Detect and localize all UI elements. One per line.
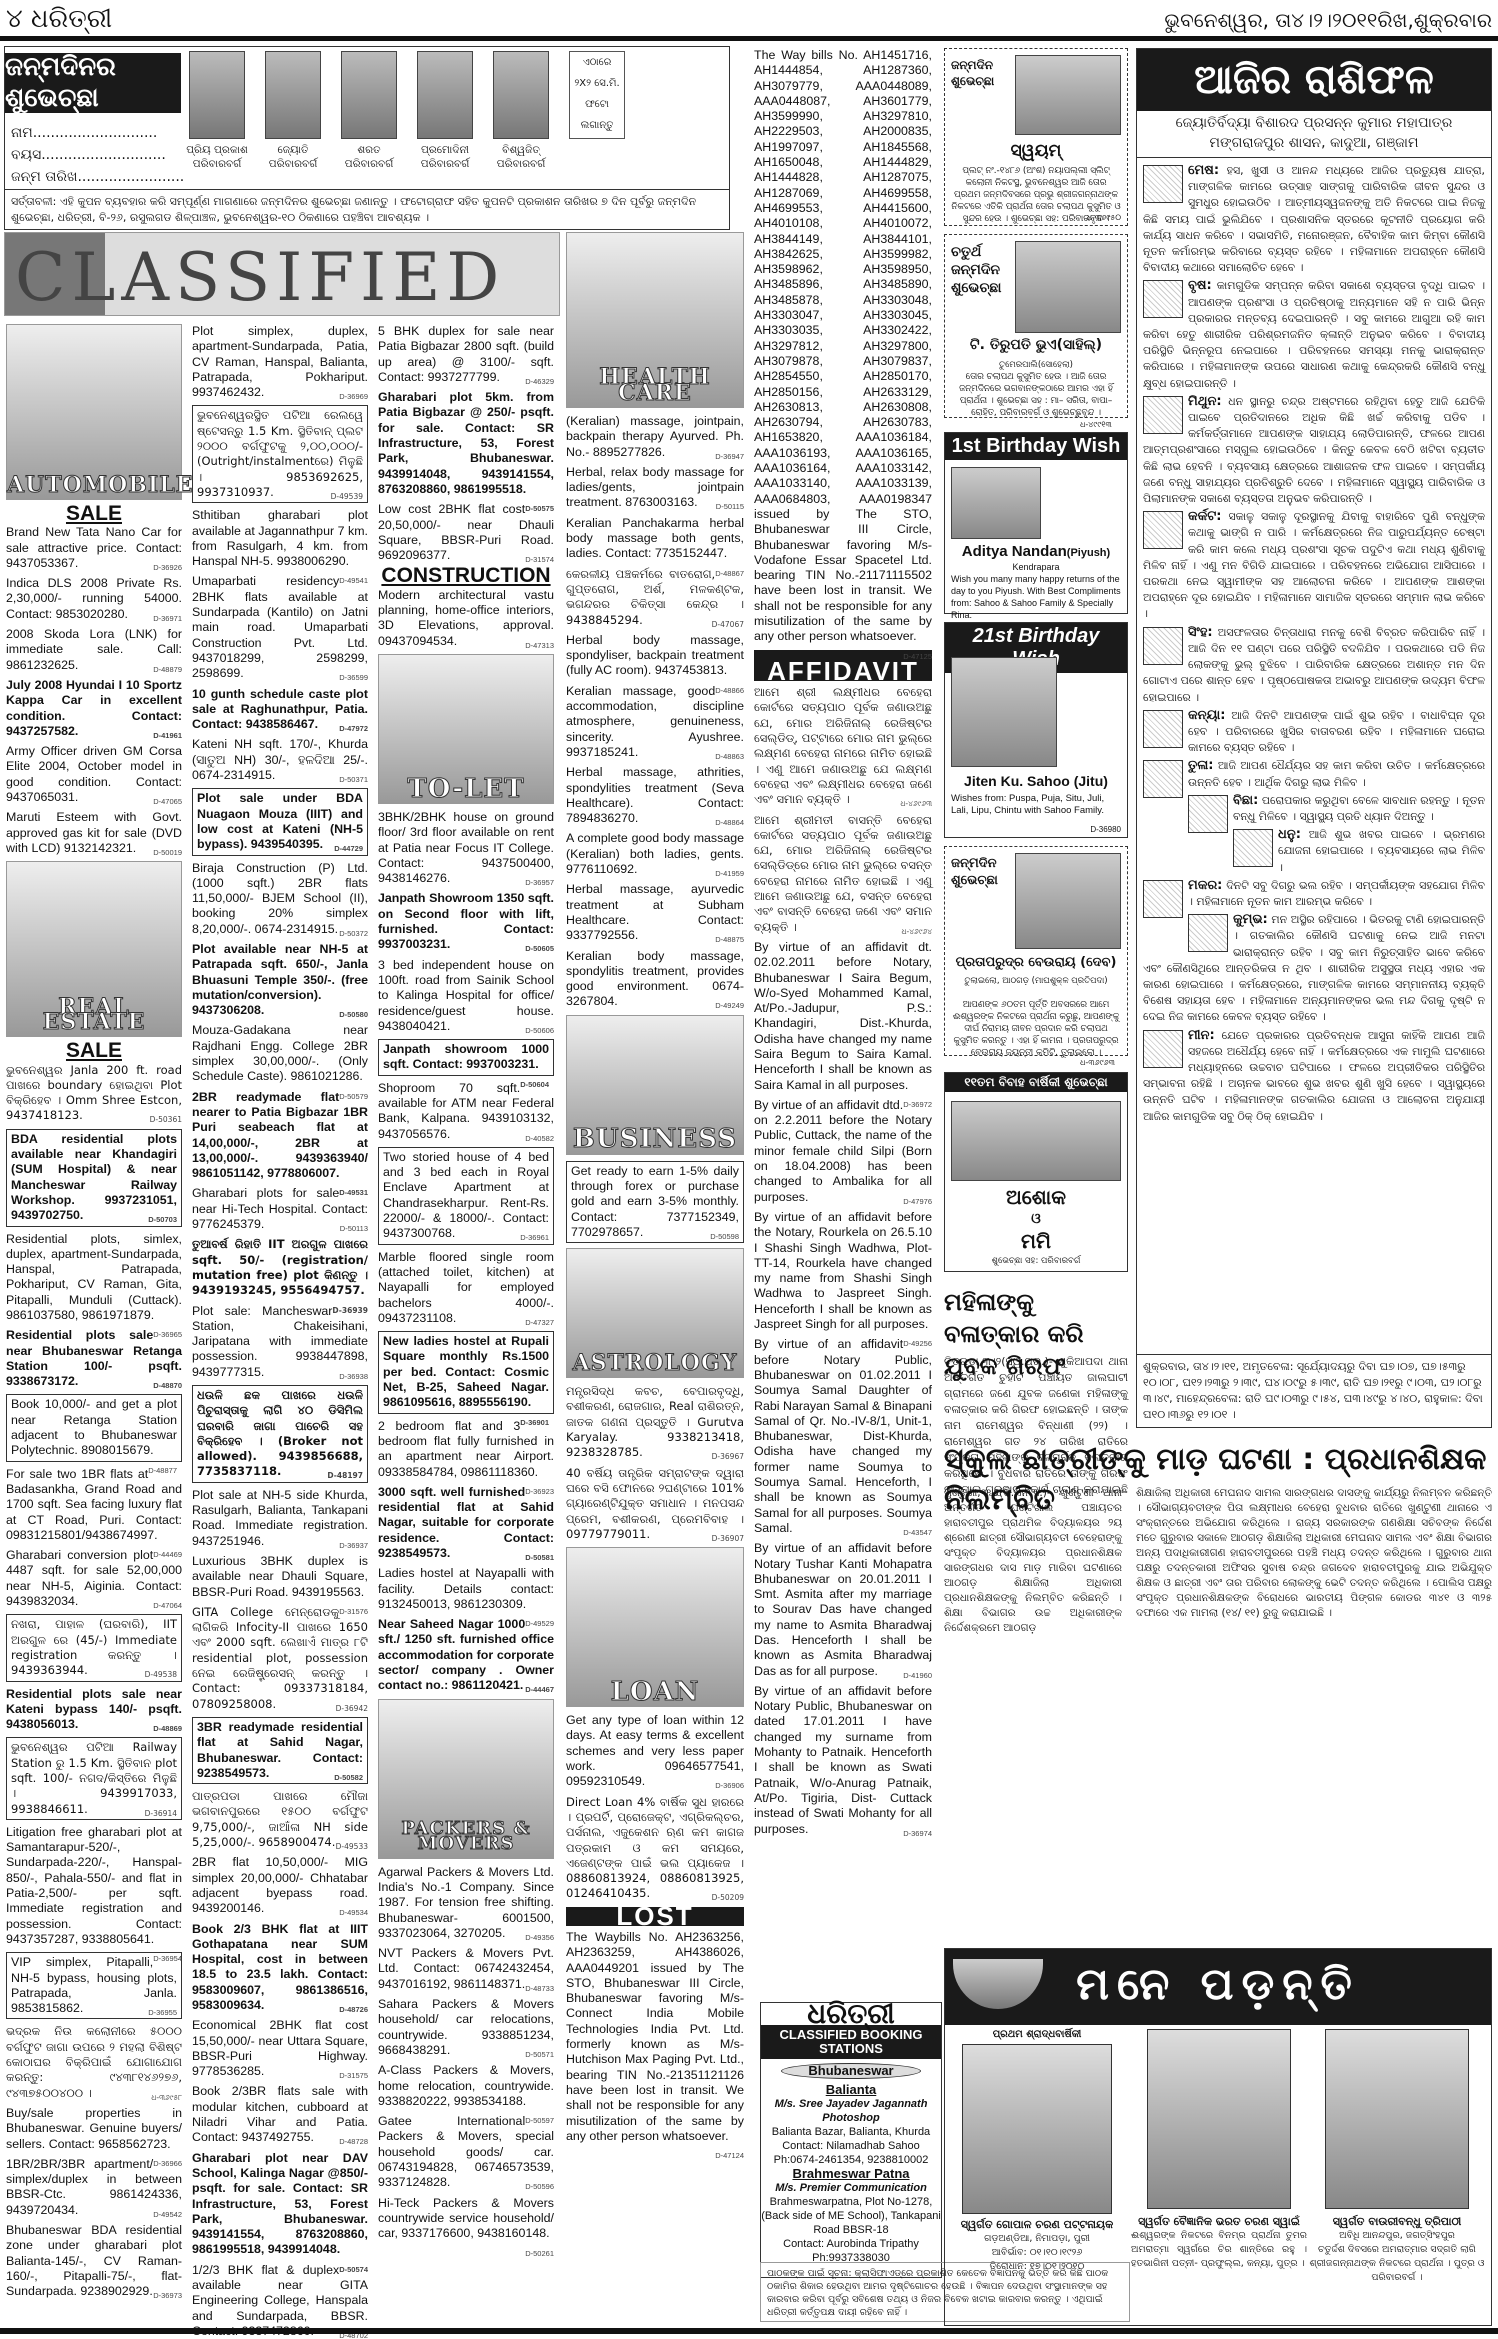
wish-photo: [265, 51, 321, 139]
coupon-title: ଜନ୍ମଦିନର ଶୁଭେଚ୍ଛା: [5, 53, 181, 113]
astrology-image: ASTROLOGY: [566, 1248, 744, 1378]
classified-ad: The Waybills No. AH2363256, AH2363259, A…: [566, 1930, 744, 2144]
zodiac-icon: [1143, 627, 1183, 665]
obituary-panel: ମନେ ପଡ଼ନ୍ତି ପ୍ରଥମ ଶ୍ରାଦ୍ଧବାର୍ଷିକୀ ସ୍ୱର୍ଗ…: [944, 1948, 1492, 2326]
classified-ad: Herbal body massage, spondyliser, backpa…: [566, 633, 744, 679]
photo-caption: ବିଶ୍ୱଜିତ୍ପରିବାରବର୍ଗ: [486, 143, 556, 171]
zodiac-icon: [1143, 880, 1183, 918]
booking-station: Balianta M/s. Sree Jayadev Jagannath Pho…: [761, 2083, 941, 2167]
classified-ad: ଆମେ ଶ୍ରୀ ଲକ୍ଷ୍ମୀଧର ବେହେରା କୋର୍ଟରେ ସତ୍ୟପା…: [754, 685, 932, 807]
ad-code: ଧ-୪୯୯୧୩: [1080, 420, 1112, 430]
classified-ad: Kateni NH sqft. 170/-, Khurda (ସାତୁଅ NH)…: [192, 737, 368, 783]
classified-ad: A-Class Packers & Movers, home relocatio…: [378, 2063, 554, 2109]
horoscope-sign: ମୀନ: ଯେତେ ପ୍ରକାରର ପ୍ରତିବନ୍ଧକ ଆସୁନା କାହିଁ…: [1143, 1028, 1485, 1125]
zodiac-icon: [1188, 914, 1228, 952]
classified-ad: ଆମେ ଶ୍ରୀମତୀ ବାସନ୍ତି ବେହେରା କୋର୍ଟରେ ସତ୍ୟପ…: [754, 813, 932, 935]
zodiac-icon: [1233, 829, 1273, 867]
photo-caption: ପ୍ରମୋଦିନୀପରିବାରବର୍ଗ: [410, 143, 480, 171]
zodiac-icon: [1188, 795, 1228, 833]
first-birthday-wish: 1st Birthday Wish Aditya Nandan(Piyush) …: [944, 432, 1128, 614]
classified-ad: Book 10,000/- and get a plot near Retang…: [6, 1394, 182, 1461]
classified-ad: By virtue of an affidavit dt. 02.02.2011…: [754, 940, 932, 1093]
classified-ad: Book 2/3 BHK flat at IIIT Gothapatana ne…: [192, 1922, 368, 2014]
obituary-title: ମନେ ପଡ଼ନ୍ତି: [945, 1949, 1491, 2025]
dharitri-logo: ଧରିତ୍ରୀ: [761, 2003, 941, 2025]
horoscope-sign: ବୃଷ: କାମଗୁଡିକ ସମ୍ପନ୍ନ କରିବା ସକାଶେ ବ୍ୟସ୍ତ…: [1143, 278, 1485, 391]
classified-banner: CLASSIFIED: [4, 232, 560, 316]
wish-photo: [341, 51, 397, 139]
diya-lamp-icon: [953, 1959, 1043, 2009]
horoscope-sign: ଧନୁ: ଆଜି ଶୁଭ ଖବର ପାଇବେ । ଭ୍ରମଣର ଯୋଜନା ହୋ…: [1143, 827, 1485, 876]
classified-ad: A complete good body massage (Keralian) …: [566, 831, 744, 877]
column-realestate-continued: Plot simplex, duplex, apartment-Sundarpa…: [192, 324, 368, 2339]
photo-caption: ଜ୍ୟୋତିପରିବାରବର୍ଗ: [258, 143, 328, 171]
classified-ad: By virtue of an affidavit before Notary …: [754, 1541, 932, 1679]
baby-photo: [1015, 55, 1121, 135]
classified-ad: By virtue of an affidavit before Notary …: [754, 1684, 932, 1837]
classified-ad: 3BHK/2BHK house on ground floor/ 3rd flo…: [378, 810, 554, 886]
coupon-name-field: ନାମ............................: [11, 125, 157, 141]
classified-ad: By virtue of an affidavit dtd. on 2.2.20…: [754, 1098, 932, 1205]
classified-ad: Economical 2BHK flat cost 15,50,000/- ne…: [192, 2018, 368, 2079]
classified-ad: Gharabari plot near DAV School, Kalinga …: [192, 2151, 368, 2258]
obituary-person: ସ୍ୱର୍ଗତ ବାଉରୀବନ୍ଧୁ ତ୍ରିପାଠୀ ଅବିଧି ଆନନ୍ଦପ…: [1309, 2029, 1485, 2285]
horoscope-sign: ମିଥୁନ: ଧନ ସ୍ଥାନରୁ ଚନ୍ଦ୍ର ଅଷ୍ଟମରେ ରହିଥିବା…: [1143, 394, 1485, 507]
baby-photo: [951, 467, 1041, 539]
classified-ad: Plot simplex, duplex, apartment-Sundarpa…: [192, 324, 368, 400]
classified-ad: Luxurious 3BHK duplex is available near …: [192, 1554, 368, 1600]
dateline: ଭୁବନେଶ୍ୱର, ତା୪।୨।୨୦୧୧ରିଖ,ଶୁକ୍ରବାର: [1164, 8, 1492, 32]
coupon-dob-field: ଜନ୍ମ ତାରିଖ........................: [11, 169, 184, 185]
classified-ad: Janpath Showroom 1350 sqft. on Second fl…: [378, 891, 554, 952]
classified-ad: ଭୁବନେଶ୍ୱରସ୍ଥିତ ପଟିଆ ରେଲୱେ ଷ୍ଟେସନ୍‌ରୁ 1.5…: [192, 405, 368, 503]
top-rule: [0, 36, 1498, 41]
column-waybills-affidavit: The Way bills No. AH1451716, AH1444854, …: [754, 48, 932, 1842]
horoscope-sign: ସିଂହ: ଅସଫଳତାର ଚିନ୍ତାଧାରା ମନକୁ ବେଶି ବିବ୍ର…: [1143, 625, 1485, 706]
packers-movers-image: PACKERS & MOVERS: [378, 1699, 554, 1859]
section-head-sale: SALE: [6, 506, 182, 521]
horoscope-sign: ମକର: ଦିନଟି ସବୁ ଦିଗରୁ ଭଲ ରହିବ । ସମ୍ପର୍କୀୟ…: [1143, 878, 1485, 910]
wish-photo: [189, 51, 245, 139]
wedding-anniversary-wish: ୧୧ତମ ବିବାହ ବାର୍ଷିକୀ ଶୁଭେଚ୍ଛା ଅଶୋକ ଓ ମମି …: [944, 1072, 1128, 1272]
classified-ad: Book 2/3BR flats sale with modular kitch…: [192, 2084, 368, 2145]
classified-ad: Keralian Panchakarma herbal body massage…: [566, 516, 744, 562]
classified-ad: Keralian body massage, spondylitis treat…: [566, 949, 744, 1010]
classified-ad: ଭୁବନେଶ୍ୱର ପଟିଆ Railway Station ରୁ 1.5 Km…: [6, 1737, 182, 1819]
classified-ad: By virtue of an affidavit before Notary …: [754, 1337, 932, 1536]
zodiac-icon: [1143, 511, 1183, 549]
zodiac-icon: [1143, 710, 1183, 748]
section-head-lost: LOST: [566, 1907, 744, 1926]
classified-ad: Two storied house of 4 bed and 3 bed eac…: [378, 1147, 554, 1245]
classified-ad: ତୁଆବର୍ଷ ରିହାତି IIT ଅରଗୁଳ ପାଖରେ sqft. 50/…: [192, 1237, 368, 1298]
classified-ad: New ladies hostel at Rupali Square month…: [378, 1331, 554, 1413]
person-photo: [1015, 853, 1121, 949]
classified-ad: ପାତ୍ରପଡା ପାଖରେ ମୌଜା ଭଗବାନପୁରରେ ୧୫୦୦ ବର୍ଗ…: [192, 1789, 368, 1850]
booking-city: Bhubaneswar: [781, 2063, 921, 2079]
automobile-image: AUTOMOBILE: [6, 324, 182, 500]
horoscope-sign: ମେଷ: ହସ, ଖୁସୀ ଓ ଆନନ୍ଦ ମଧ୍ୟରେ ଆଜିର ପ୍ରତ୍ୟ…: [1143, 163, 1485, 276]
page-number-and-paper-name: ୪ ଧରିତ୍ରୀ: [6, 4, 112, 35]
classified-ad: Residential plots sale near Kateni bypas…: [6, 1687, 182, 1733]
classified-ad: Herbal, relax body massage for ladies/ge…: [566, 465, 744, 511]
classified-ad: Umaparbati residency 2BHK flats availabl…: [192, 574, 368, 681]
classified-ad: ମନ୍ତ୍ରସିଦ୍ଧ କବଚ, ବେପାରବୃଦ୍ଧି, ବଶୀକରଣ, ରୋ…: [566, 1384, 744, 1460]
classified-ad: 2BR flat 10,50,000/- MIG simplex 20,00,0…: [192, 1855, 368, 1916]
horoscope-sign: କନ୍ୟା: ଆଜି ଦିନଟି ଆପଣଙ୍କ ପାଇଁ ଶୁଭ ରହିବ । …: [1143, 708, 1485, 757]
obituary-person: ପ୍ରଥମ ଶ୍ରାଦ୍ଧବାର୍ଷିକୀ ସ୍ୱର୍ଗତ ଗୋପାଳ ଚରଣ …: [949, 2029, 1125, 2274]
classified-ad: 5 BHK duplex for sale near Patia Bigbaza…: [378, 324, 554, 385]
classified-ad: ନଖରା, ପାହାଳ (ଘରବାରି), IIT ଅରଗୁଳ ରେ (45/-…: [6, 1614, 182, 1681]
booking-station: Brahmeswar Patna M/s. Premier Communicat…: [761, 2167, 941, 2265]
classified-ad: 3 bed independent house on 100ft. road f…: [378, 958, 554, 1034]
classified-ad: Buy/sale properties in Bhubaneswar. Genu…: [6, 2106, 182, 2152]
classified-ad: The Way bills No. AH1451716, AH1444854, …: [754, 48, 932, 645]
classified-booking-stations: ଧରିତ୍ରୀ CLASSIFIED BOOKING STATIONS Bhub…: [760, 2002, 942, 2278]
coupon-terms: ସର୍ତ୍ତାବଳୀ: ଏହି କୁପନ ବ୍ୟବହାର କରି ସମ୍ପୂର୍…: [5, 189, 729, 230]
classified-ad: BDA residential plots available near Kha…: [6, 1129, 182, 1227]
classified-ad: Plot available near NH-5 at Patrapada sq…: [192, 942, 368, 1018]
loan-image: LOAN: [566, 1547, 744, 1707]
classified-ad: Sthitiban gharabari plot available at Ja…: [192, 508, 368, 569]
classified-ad: ଭୁବନେଶ୍ୱର Janla 200 ft. road ପାଖରେ bound…: [6, 1063, 182, 1124]
panjika: ଶୁକ୍ରବାର, ତା୪।୨।୧୧, ଅମୃତବେଳା: ସୂର୍ଯ୍ୟୋଦୟ…: [1137, 1354, 1491, 1427]
horoscope-panel: ଆଜିର ରାଶିଫଳ ଜ୍ୟୋତିର୍ବିଦ୍ୟା ବିଶାରଦ ପ୍ରସନ୍…: [1136, 48, 1492, 1428]
column-automobile-realestate: AUTOMOBILE SALE Brand New Tata Nano Car …: [6, 324, 182, 2305]
classified-ad: Residential plots, simlex, duplex, apart…: [6, 1232, 182, 1324]
real-estate-image: REAL ESTATE: [6, 861, 182, 1037]
classified-ad: Modern architectural vastu planning, hom…: [378, 588, 554, 649]
photo-caption: ପ୍ରିୟ ପ୍ରକାଶପରିବାରବର୍ଗ: [182, 143, 252, 171]
person-photo: [1325, 2029, 1469, 2209]
photo-slot: ଏଠାରେ୨X୨ ସେ.ମି.ଫଟୋଲଗାନ୍ତୁ: [569, 51, 625, 139]
classified-ad: Army Officer driven GM Corsa Elite 2004,…: [6, 744, 182, 805]
horoscope-title: ଆଜିର ରାଶିଫଳ: [1137, 49, 1491, 111]
classified-ad: GITA College ମେନ୍‌ରୋଡକୁ ଲାଗିକରି Infocity…: [192, 1605, 368, 1712]
wish-photo: [417, 51, 473, 139]
classified-ad: ଭଦ୍ରକ ନିଉ କଲୋନୀରେ ୫୦୦୦ ବର୍ଗଫୁଟ ଜାଗା ଉପରେ…: [6, 2024, 182, 2100]
classified-ad: Gharabari plot 5km. from Patia Bigbazar …: [378, 390, 554, 497]
horoscope-sign: ବିଛା: ପରୋପକାର କରୁଥିବା ବେଳେ ସାବଧାନ ରହନ୍ତୁ…: [1143, 793, 1485, 825]
classified-ad: Brand New Tata Nano Car for sale attract…: [6, 525, 182, 571]
zodiac-icon: [1143, 280, 1183, 318]
classified-ad: ଧଉଳି ଛକ ପାଖରେ ଧଉଳି ପିଚୁରାସ୍ତାକୁ ଲାଗି ୪୦ …: [192, 1385, 368, 1483]
classified-ad: Sahara Packers & Movers household/ car r…: [378, 1997, 554, 2058]
classified-ad: Litigation free gharabari plot at Samant…: [6, 1825, 182, 1947]
bottom-rule: [0, 2328, 1498, 2334]
zodiac-icon: [1143, 760, 1183, 798]
health-care-image: HEALTH CARE: [566, 232, 744, 408]
column-health-business-astro-loan: HEALTH CARE (Keralian) massage, jointpai…: [566, 232, 744, 2163]
zodiac-icon: [1143, 1030, 1183, 1068]
classified-ad: Plot sale at NH-5 side Khurda, Rasulgarh…: [192, 1488, 368, 1549]
classified-ad: Mouza-Gadakana near Rajdhani Engg. Colle…: [192, 1023, 368, 1084]
news-body-left: ଖୁଣ୍ଟୁଣୀ,୩।୨(ଡି.ଏନ.ଏ.)- ଖୁଣ୍ଟୁଣୀ ଥାନା ଅନ…: [944, 1486, 1122, 1636]
wish-photo: [493, 51, 549, 139]
zodiac-icon: [1143, 396, 1183, 434]
horoscope-sign: ତୁଳା: ଆଜି ଆପଣ ଧୈର୍ଯ୍ୟର ସହ କାମ କରିବା ଉଚିତ…: [1143, 758, 1485, 790]
classified-ad: Get any type of loan within 12 days. At …: [566, 1713, 744, 1789]
obituary-person: ସ୍ୱର୍ଗତ ବୈଜ୍ଞାନିକ ଭରତ ଚରଣ ସ୍ୱାଇଁ ଈଶ୍ୱରଙ୍…: [1131, 2029, 1307, 2271]
classified-ad: (Keralian) massage, jointpain, backpain …: [566, 414, 744, 460]
classified-ad: Herbal massage, athrities, spondylities …: [566, 765, 744, 826]
classified-ad: Plot sale under BDA Nuagaon Mouza (IIIT)…: [192, 788, 368, 855]
classified-ad: 2008 Skoda Lora (LNK) for immediate sale…: [6, 627, 182, 673]
classified-ad: 40 ବର୍ଷିୟ ତାନ୍ତ୍ରିକ ସମ୍ରାଟଙ୍କ ଦ୍ୱାରା ଘରେ…: [566, 1466, 744, 1542]
classified-ad: Janpath showroom 1000 sqft. Contact: 993…: [378, 1039, 554, 1076]
section-head-sale: SALE: [6, 1043, 182, 1058]
person-photo: [962, 2044, 1112, 2214]
classified-ad: By virtue of an affidavit before the Not…: [754, 1210, 932, 1332]
classified-ad: 3BR readymade residential flat at Sahid …: [192, 1717, 368, 1784]
horoscope-sign: କୁମ୍ଭ: ମନ ଅସ୍ଥିର ରହିପାରେ । ଭିତରକୁ ଟାଣି ହ…: [1143, 912, 1485, 1025]
birthday-coupon: ଜନ୍ମଦିନର ଶୁଭେଚ୍ଛା ନାମ...................…: [4, 46, 730, 230]
classified-ad: Maruti Esteem with Govt. approved gas ki…: [6, 810, 182, 856]
classified-ad: Bhubaneswar BDA residential zone under g…: [6, 2223, 182, 2299]
horoscope-author: ଜ୍ୟୋତିର୍ବିଦ୍ୟା ବିଶାରଦ ପ୍ରସନ୍ନ କୁମାର ମହାପ…: [1137, 113, 1491, 158]
person-photo: [1147, 2029, 1291, 2209]
classified-ad: July 2008 Hyundai I 10 Sportz Kappa Car …: [6, 678, 182, 739]
column-construction-tolet-packers: 5 BHK duplex for sale near Patia Bigbaza…: [378, 324, 554, 2261]
birthday-wish-pratap: ଜନ୍ମଦିନ ଶୁଭେଚ୍ଛା ପ୍ରତାପରୁଦ୍ର ବେଉରାୟ (ଦେବ…: [944, 846, 1128, 1056]
classified-ad: Ladies hostel at Nayapalli with facility…: [378, 1566, 554, 1612]
classified-ad: Indica DLS 2008 Private Rs. 2,30,000/- r…: [6, 576, 182, 622]
zodiac-icon: [1143, 165, 1183, 203]
classified-ad: For sale two 1BR flats at Badasankha, Gr…: [6, 1467, 182, 1543]
classified-ad: 10 gunth schedule caste plot sale at Rag…: [192, 687, 368, 733]
horoscope-sign: କର୍କଟ: ସକାଳୁ ସକାଳୁ ଦୂରସ୍ଥାନକୁ ଯିବାକୁ ବାହ…: [1143, 509, 1485, 622]
business-image: BUSINESS: [566, 1015, 744, 1155]
classified-ad: Agarwal Packers & Movers Ltd. India's No…: [378, 1865, 554, 1941]
coupon-age-field: ବୟସ............................: [11, 147, 166, 163]
classified-ad: Biraja Construction (P) Ltd. (1000 sqft.…: [192, 861, 368, 937]
horoscope-signs: ମେଷ: ହସ, ଖୁସୀ ଓ ଆନନ୍ଦ ମଧ୍ୟରେ ଆଜିର ପ୍ରତ୍ୟ…: [1143, 163, 1485, 1127]
news-body-right: ଶିକ୍ଷାଜିଲା ଅଧିକାରୀ ମେଘନାଦ ସାମଲ ସାରଙ୍ଗଧର …: [1136, 1486, 1492, 1621]
twenty-first-birthday-wish: 21st Birthday Wish Jiten Ku. Sahoo (Jitu…: [944, 622, 1128, 838]
birthday-wish-tirupati: ଚତୁର୍ଥ ଜନ୍ମଦିନ ଶୁଭେଚ୍ଛା ଟି. ତିରୁପତି ଭୁଏ(…: [944, 234, 1128, 418]
birthday-wish-swayam: ଜନ୍ମଦିନ ଶୁଭେଚ୍ଛା ସ୍ୱୟମ୍ ପ୍ଲଟ୍ ନଂ.-୧୪୮୬ (…: [944, 48, 1128, 226]
photo-caption: ଶରତପରିବାରବର୍ଗ: [334, 143, 404, 171]
classified-ad: Get ready to earn 1-5% daily through for…: [566, 1161, 744, 1243]
classified-ad: NVT Packers & Movers Pvt. Ltd. Contact: …: [378, 1946, 554, 1992]
section-head-construction: CONSTRUCTION: [378, 568, 554, 583]
to-let-image: TO-LET: [378, 654, 554, 804]
classified-ad: Hi-Teck Packers & Movers countrywide ser…: [378, 2196, 554, 2242]
classified-ad: Direct Loan 4% ବାର୍ଷିକ ସୁଧ ହାରରେ । ପ୍ରପର…: [566, 1795, 744, 1902]
classified-ad: Herbal massage, ayurvedic treatment at S…: [566, 882, 744, 943]
child-photo: [1015, 241, 1121, 333]
booking-title: CLASSIFIED BOOKING STATIONS: [761, 2025, 941, 2059]
person-photo: [951, 657, 1057, 767]
ad-code: ଧ-୩୬୯୬୩: [1080, 1058, 1115, 1068]
classified-ad: Marble floored single room (attached toi…: [378, 1250, 554, 1326]
couple-photo: [951, 1101, 1121, 1181]
